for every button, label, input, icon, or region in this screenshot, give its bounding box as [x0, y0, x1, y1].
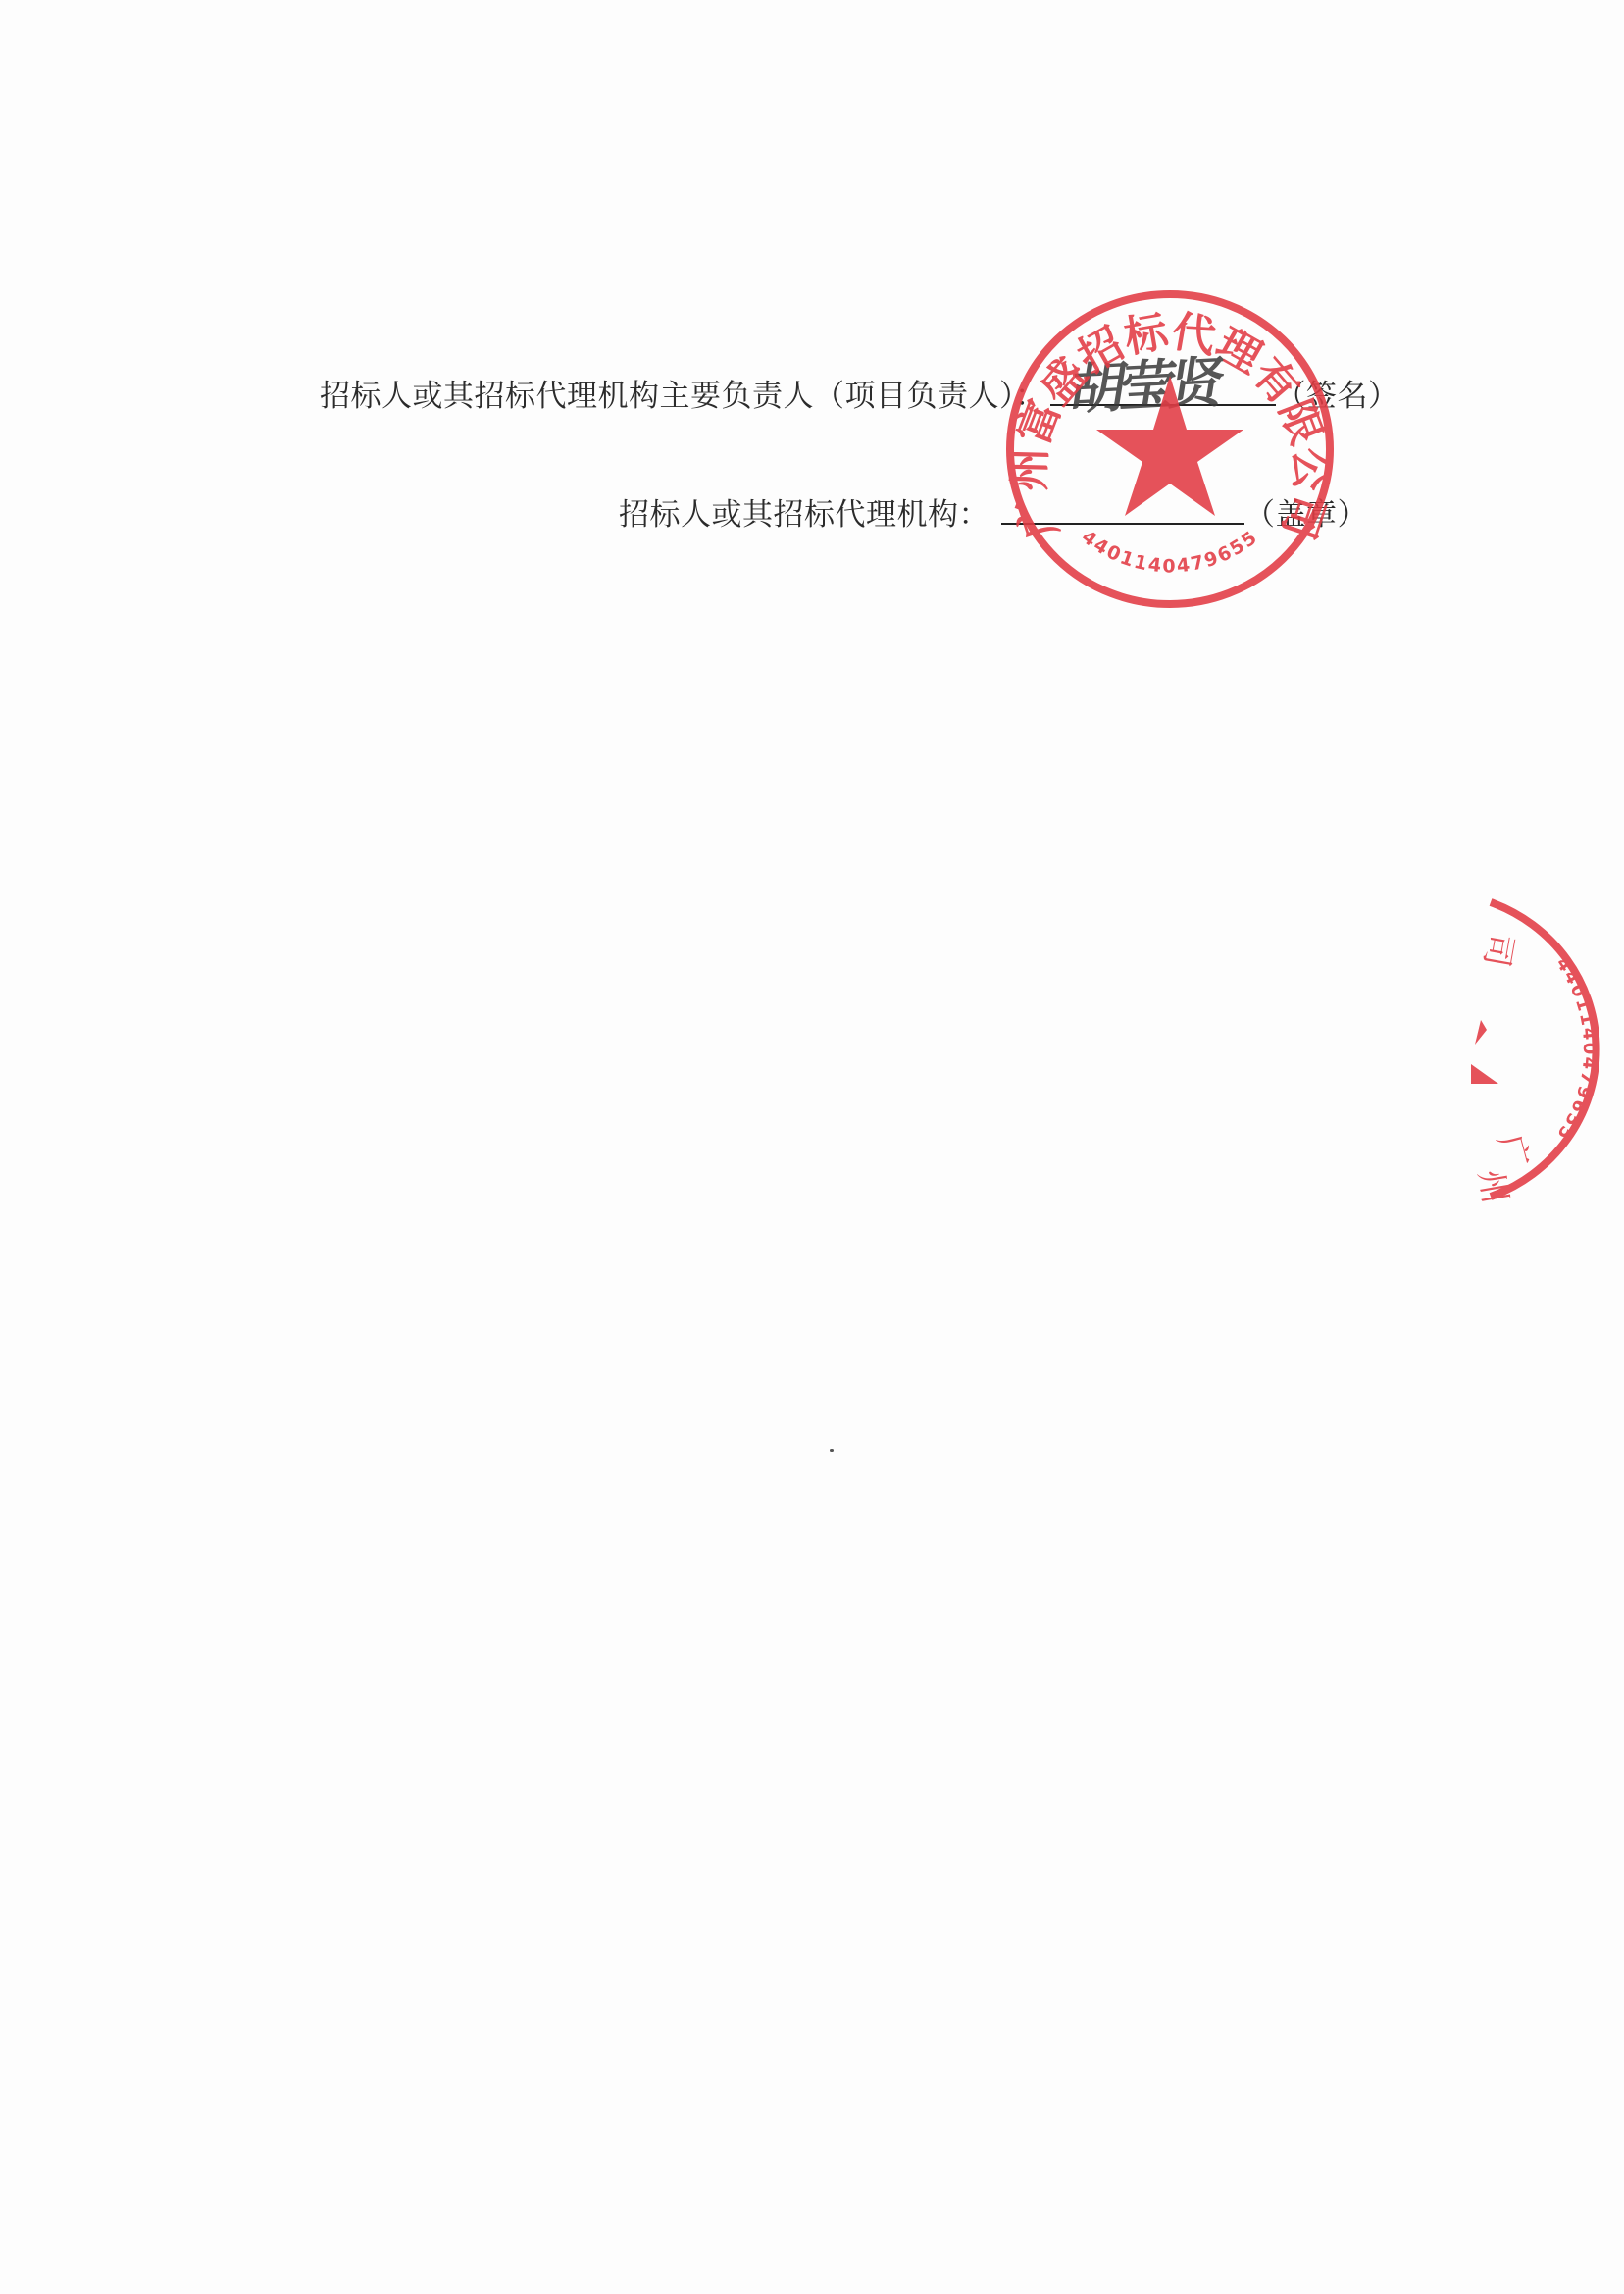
seal-field[interactable]	[1001, 495, 1244, 525]
partial-seal-icon: 4401140479655 司 广 州	[1471, 883, 1624, 1216]
svg-text:4401140479655: 4401140479655	[1551, 954, 1599, 1146]
cross-page-seal-stamp: 4401140479655 司 广 州	[1471, 883, 1624, 1216]
company-seal-stamp: 广州富盛招标代理有限公司 4401140479655	[998, 282, 1342, 616]
seal-suffix: （盖章）	[1244, 497, 1368, 533]
signature-suffix: （签名）	[1276, 379, 1399, 414]
signature-field[interactable]: 胡莹贤	[1050, 377, 1276, 406]
svg-text:4401140479655: 4401140479655	[1078, 526, 1262, 577]
handwritten-signature: 胡莹贤	[1064, 339, 1225, 426]
svg-text:广: 广	[1490, 1130, 1536, 1172]
svg-text:司: 司	[1476, 931, 1520, 970]
seal-label: 招标人或其招标代理机构：	[619, 497, 990, 533]
svg-text:州: 州	[1471, 1167, 1515, 1206]
signature-label: 招标人或其招标代理机构主要负责人（项目负责人）：	[320, 379, 1046, 414]
scan-speck	[830, 1449, 834, 1452]
document-page: 招标人或其招标代理机构主要负责人（项目负责人）：胡莹贤（签名） 招标人或其招标代…	[0, 0, 1624, 2294]
seal-icon: 广州富盛招标代理有限公司 4401140479655	[998, 282, 1342, 616]
seal-line: 招标人或其招标代理机构：（盖章）	[619, 489, 1368, 534]
signature-line: 招标人或其招标代理机构主要负责人（项目负责人）：胡莹贤（签名）	[320, 371, 1399, 415]
